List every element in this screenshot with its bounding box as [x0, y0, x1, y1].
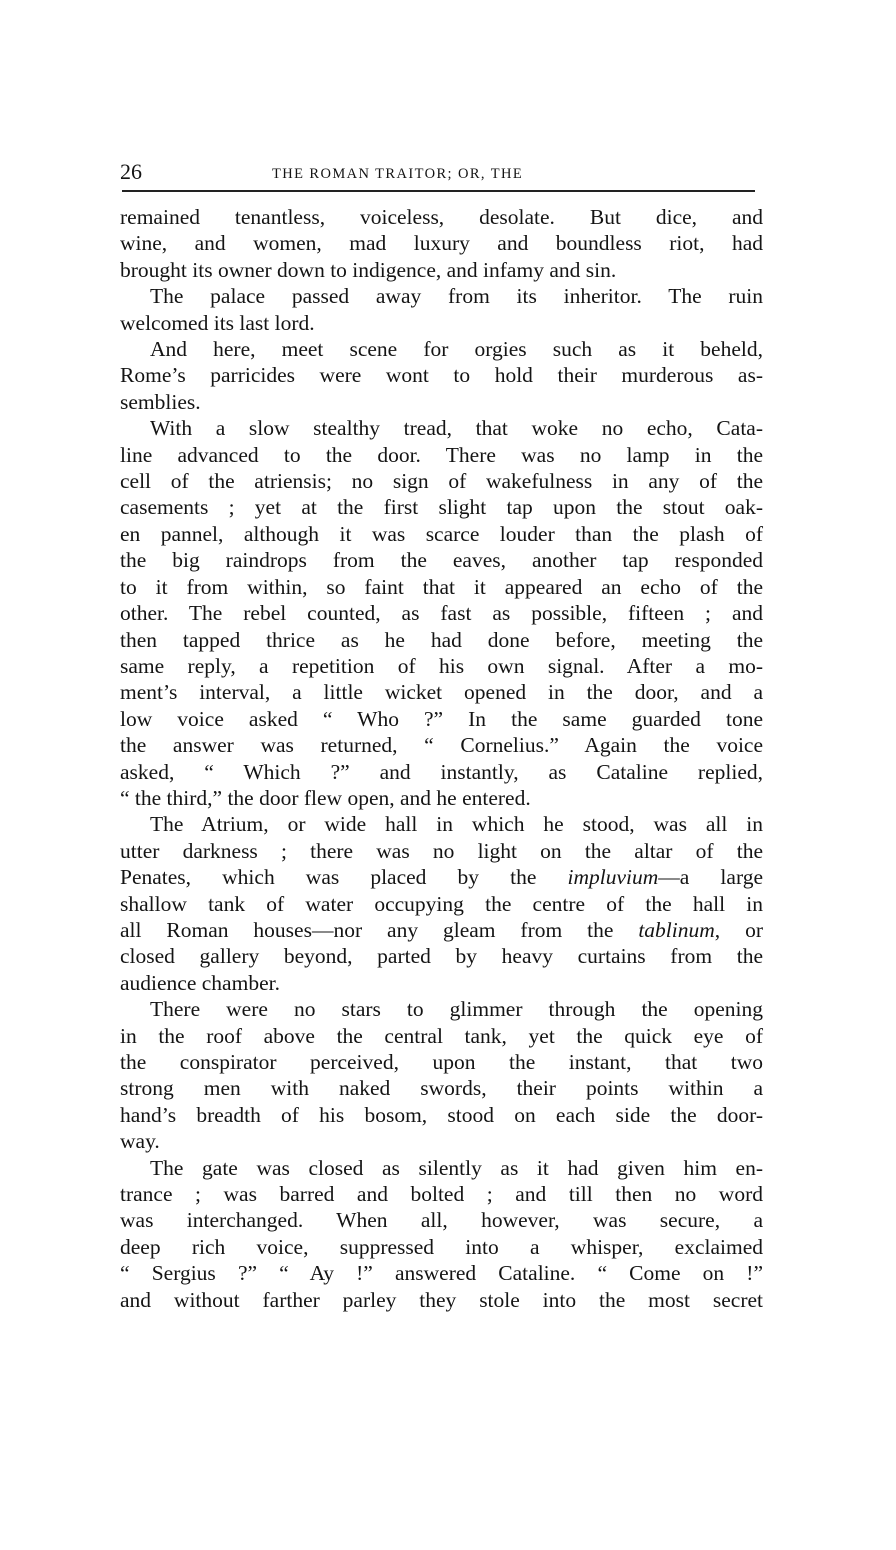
text-line: The Atrium, or wide hall in which he sto…	[120, 811, 763, 837]
text-line: “ the third,” the door flew open, and he…	[120, 785, 763, 811]
text-line: all Roman houses—nor any gleam from the …	[120, 917, 763, 943]
text-line: en pannel, although it was scarce louder…	[120, 521, 763, 547]
text-line: Penates, which was placed by the impluvi…	[120, 864, 763, 890]
paragraph: There were no stars to glimmer through t…	[120, 996, 763, 1154]
text-line: utter darkness ; there was no light on t…	[120, 838, 763, 864]
paragraph: The palace passed away from its inherito…	[120, 283, 763, 336]
text-line: hand’s breadth of his bosom, stood on ea…	[120, 1102, 763, 1128]
text-line: wine, and women, mad luxury and boundles…	[120, 230, 763, 256]
header-rule	[122, 190, 755, 192]
text-line: to it from within, so faint that it appe…	[120, 574, 763, 600]
text-line: the answer was returned, “ Cornelius.” A…	[120, 732, 763, 758]
text-line: There were no stars to glimmer through t…	[120, 996, 763, 1022]
text-line: strong men with naked swords, their poin…	[120, 1075, 763, 1101]
text-line: shallow tank of water occupying the cent…	[120, 891, 763, 917]
text-line: same reply, a repetition of his own sign…	[120, 653, 763, 679]
text-line: audience chamber.	[120, 970, 763, 996]
book-page: 26 THE ROMAN TRAITOR; OR, THE remained t…	[120, 158, 763, 1313]
text-line: was interchanged. When all, however, was…	[120, 1207, 763, 1233]
page-number: 26	[120, 158, 142, 186]
running-title: THE ROMAN TRAITOR; OR, THE	[272, 160, 523, 188]
text-line: semblies.	[120, 389, 763, 415]
text-line: and without farther parley they stole in…	[120, 1287, 763, 1313]
paragraph: With a slow stealthy tread, that woke no…	[120, 415, 763, 811]
text-line: the big raindrops from the eaves, anothe…	[120, 547, 763, 573]
text-line: welcomed its last lord.	[120, 310, 763, 336]
italic-term: impluvium	[568, 865, 659, 889]
text-line: way.	[120, 1128, 763, 1154]
body-text: remained tenantless, voiceless, desolate…	[120, 204, 763, 1313]
running-head: 26 THE ROMAN TRAITOR; OR, THE	[120, 158, 763, 186]
paragraph: And here, meet scene for orgies such as …	[120, 336, 763, 415]
text-line: in the roof above the central tank, yet …	[120, 1023, 763, 1049]
text-line: With a slow stealthy tread, that woke no…	[120, 415, 763, 441]
paragraph: remained tenantless, voiceless, desolate…	[120, 204, 763, 283]
text-line: remained tenantless, voiceless, desolate…	[120, 204, 763, 230]
text-line: “ Sergius ?” “ Ay !” answered Cataline. …	[120, 1260, 763, 1286]
text-line: The gate was closed as silently as it ha…	[120, 1155, 763, 1181]
text-line: cell of the atriensis; no sign of wakefu…	[120, 468, 763, 494]
text-line: Rome’s parricides were wont to hold thei…	[120, 362, 763, 388]
paragraph: The Atrium, or wide hall in which he sto…	[120, 811, 763, 996]
text-line: then tapped thrice as he had done before…	[120, 627, 763, 653]
italic-term: tablinum	[638, 918, 714, 942]
text-line: other. The rebel counted, as fast as pos…	[120, 600, 763, 626]
text-line: deep rich voice, suppressed into a whisp…	[120, 1234, 763, 1260]
text-line: line advanced to the door. There was no …	[120, 442, 763, 468]
text-line: closed gallery beyond, parted by heavy c…	[120, 943, 763, 969]
text-line: And here, meet scene for orgies such as …	[120, 336, 763, 362]
text-line: trance ; was barred and bolted ; and til…	[120, 1181, 763, 1207]
text-line: asked, “ Which ?” and instantly, as Cata…	[120, 759, 763, 785]
text-line: casements ; yet at the first slight tap …	[120, 494, 763, 520]
text-line: ment’s interval, a little wicket opened …	[120, 679, 763, 705]
text-line: brought its owner down to indigence, and…	[120, 257, 763, 283]
text-line: low voice asked “ Who ?” In the same gua…	[120, 706, 763, 732]
paragraph: The gate was closed as silently as it ha…	[120, 1155, 763, 1313]
text-line: the conspirator perceived, upon the inst…	[120, 1049, 763, 1075]
text-line: The palace passed away from its inherito…	[120, 283, 763, 309]
